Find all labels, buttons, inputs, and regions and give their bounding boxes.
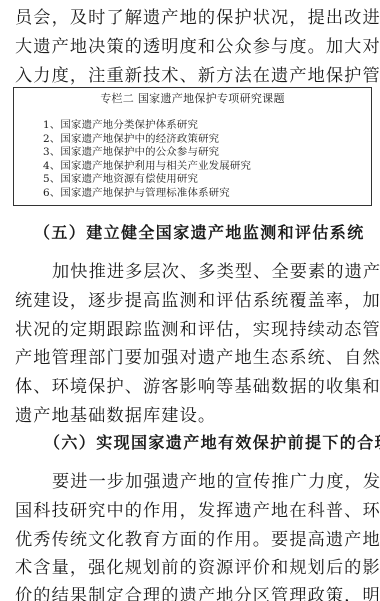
text-line: 统建设，逐步提高监测和评估系统覆盖率，加强对遗产地保护 — [15, 291, 370, 311]
sidebar-box-research-topics: 专栏二 国家遗产地保护专项研究课题 1、国家遗产地分类保护体系研究 2、国家遗产… — [13, 87, 372, 206]
text-line: 遗产地基础数据库建设。 — [15, 406, 370, 426]
text-line: 国科技研究中的作用，发挥遗产地在科普、环境、爱国主义、 — [15, 501, 370, 521]
text-line: 产地管理部门要加强对遗产地生态系统、自然多样性、文物本 — [15, 348, 370, 368]
text-line: 员会，及时了解遗产地的保护状况，提出改进措施和建议。增 — [15, 8, 370, 28]
list-item: 4、国家遗产地保护利用与相关产业发展研究 — [43, 160, 251, 173]
text-line: 术含量，强化规划前的资源评价和规划后的影响评价，根据评 — [15, 558, 370, 578]
text-line: 入力度，注重新技术、新方法在遗产地保护管理中的应用。 — [15, 66, 370, 86]
section-heading: （五）建立健全国家遗产地监测和评估系统 — [34, 223, 365, 243]
text-line: 优秀传统文化教育方面的作用。要提高遗产地利用中的科学技 — [15, 530, 370, 550]
list-item: 5、国家遗产地资源有偿使用研究 — [43, 173, 198, 186]
text-line: 要进一步加强遗产地的宣传推广力度，发挥遗产地在我 — [52, 472, 380, 492]
text-line: 大遗产地决策的透明度和公众参与度。加大对遗产地科研的投 — [15, 37, 370, 57]
text-line: 体、环境保护、游客影响等基础数据的收集和整理，加快推进 — [15, 377, 370, 397]
list-item: 2、国家遗产地保护中的经济政策研究 — [43, 133, 219, 146]
text-line: 价的结果制定合理的遗产地分区管理政策，明确各分区内的人 — [15, 586, 370, 601]
box-title: 专栏二 国家遗产地保护专项研究课题 — [14, 92, 371, 106]
text-line: 加快推进多层次、多类型、全要素的遗产地监测和评估系 — [52, 262, 380, 282]
text-line: 状况的定期跟踪监测和评估，实现持续动态管理。各级各地遗 — [15, 320, 370, 340]
list-item: 6、国家遗产地保护与管理标准体系研究 — [43, 187, 230, 200]
list-item: 1、国家遗产地分类保护体系研究 — [43, 119, 198, 132]
list-item: 3、国家遗产地保护中的公众参与研究 — [43, 146, 219, 159]
section-heading: （六）实现国家遗产地有效保护前提下的合理利用 — [44, 433, 380, 453]
